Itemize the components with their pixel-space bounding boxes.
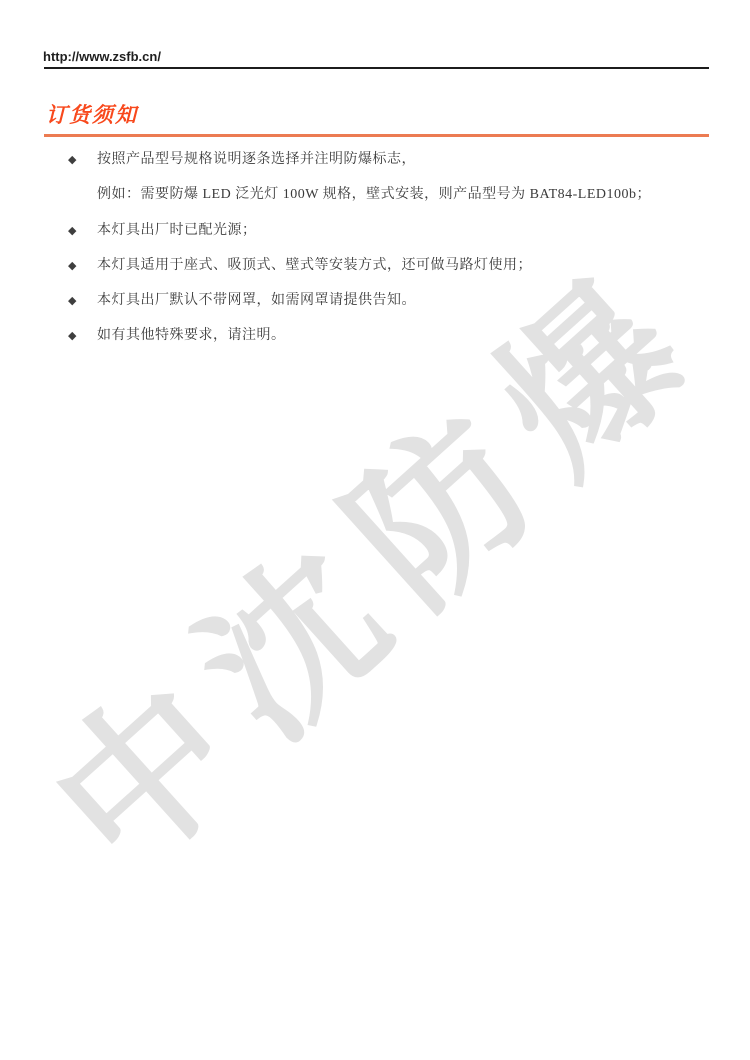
notice-item-text: 例如：需要防爆 LED 泛光灯 100W 规格，壁式安装，则产品型号为 BAT8…	[97, 185, 688, 205]
notice-item: ◆ 按照产品型号规格说明逐条选择并注明防爆标志，	[68, 150, 688, 170]
notice-item: ◆ 本灯具出厂默认不带网罩，如需网罩请提供告知。	[68, 291, 688, 311]
diamond-bullet-icon: ◆	[68, 291, 97, 311]
notice-item-text: 如有其他特殊要求，请注明。	[97, 326, 688, 346]
notice-item: ◆ 本灯具出厂时已配光源；	[68, 221, 688, 241]
diamond-bullet-icon: ◆	[68, 326, 97, 346]
header-divider	[44, 67, 709, 69]
notice-item: ◆ 本灯具适用于座式、吸顶式、壁式等安装方式，还可做马路灯使用；	[68, 256, 688, 276]
header-url: http://www.zsfb.cn/	[43, 49, 161, 64]
diamond-bullet-icon: ◆	[68, 221, 97, 241]
notice-item-example: 例如：需要防爆 LED 泛光灯 100W 规格，壁式安装，则产品型号为 BAT8…	[68, 185, 688, 205]
notice-item: ◆ 如有其他特殊要求，请注明。	[68, 326, 688, 346]
notice-list: ◆ 按照产品型号规格说明逐条选择并注明防爆标志， 例如：需要防爆 LED 泛光灯…	[68, 150, 688, 361]
document-page: 中沈防爆 http://www.zsfb.cn/ 订货须知 ◆ 按照产品型号规格…	[0, 0, 750, 1060]
diamond-bullet-icon: ◆	[68, 256, 97, 276]
notice-item-text: 按照产品型号规格说明逐条选择并注明防爆标志，	[97, 150, 688, 170]
notice-item-text: 本灯具出厂时已配光源；	[97, 221, 688, 241]
diamond-bullet-icon: ◆	[68, 150, 97, 170]
notice-item-text: 本灯具出厂默认不带网罩，如需网罩请提供告知。	[97, 291, 688, 311]
section-divider	[44, 134, 709, 137]
notice-item-text: 本灯具适用于座式、吸顶式、壁式等安装方式，还可做马路灯使用；	[97, 256, 688, 276]
page-title: 订货须知	[46, 99, 138, 129]
